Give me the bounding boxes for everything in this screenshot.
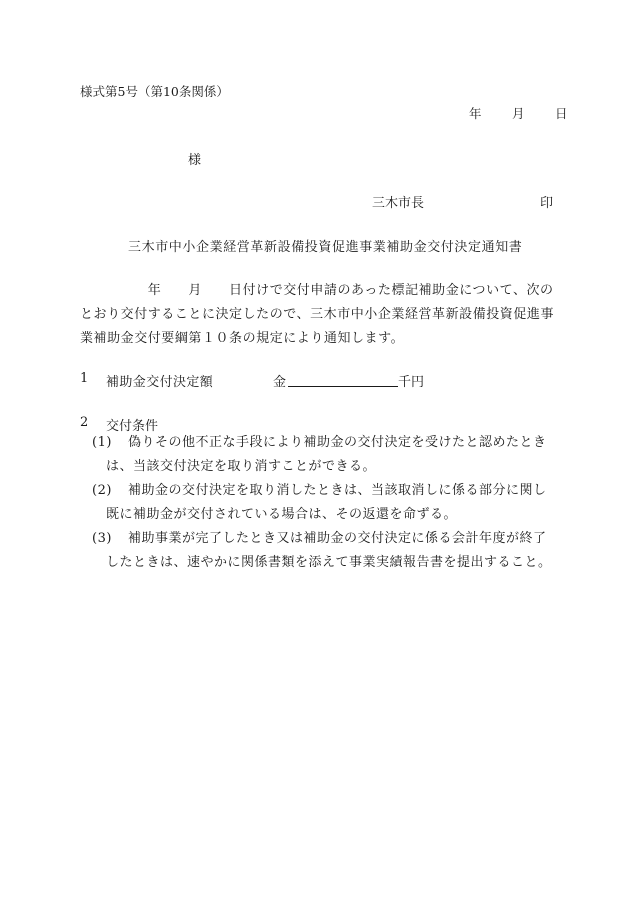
item-number: 2 — [80, 415, 88, 430]
amount-prefix: 金 — [273, 371, 286, 390]
condition-text: 偽りその他不正な手段により補助金の交付決定を受けたと認めたとき — [128, 435, 547, 450]
document-title: 三木市中小企業経営革新設備投資促進事業補助金交付決定通知書 — [128, 236, 522, 255]
date-month-label: 月 — [512, 104, 525, 122]
date-day-label: 日 — [555, 104, 568, 122]
amount-blank-field[interactable] — [288, 386, 398, 387]
addressee-suffix: 様 — [188, 149, 201, 168]
condition-text: は、当該交付決定を取り消すことができる。 — [92, 455, 572, 479]
condition-text: 補助事業が完了したとき又は補助金の交付決定に係る会計年度が終了 — [128, 531, 547, 546]
form-number: 様式第5号（第10条関係） — [80, 82, 229, 100]
issuer-name: 三木市長 — [372, 192, 424, 211]
condition-text: したときは、速やかに関係書類を添えて事業実績報告書を提出すること。 — [92, 551, 572, 575]
condition-2: (2)補助金の交付決定を取り消したときは、当該取消しに係る部分に関し 既に補助金… — [92, 479, 572, 527]
item-label: 補助金交付決定額 — [106, 371, 213, 390]
seal-mark: 印 — [540, 192, 553, 211]
condition-number: (2) — [92, 479, 128, 503]
condition-3: (3)補助事業が完了したとき又は補助金の交付決定に係る会計年度が終了 したときは… — [92, 527, 572, 575]
body-paragraph: 年 月 日付けで交付申請のあった標記補助金について、次の とおり交付することに決… — [80, 279, 572, 351]
date-year-label: 年 — [469, 104, 482, 122]
body-line: 業補助金交付要綱第１０条の規定により通知します。 — [80, 327, 572, 351]
condition-text: 既に補助金が交付されている場合は、その返還を命ずる。 — [92, 503, 572, 527]
condition-number: (3) — [92, 527, 128, 551]
condition-number: (1) — [92, 431, 128, 455]
condition-1: (1)偽りその他不正な手段により補助金の交付決定を受けたと認めたとき は、当該交… — [92, 431, 572, 479]
body-line: とおり交付することに決定したので、三木市中小企業経営革新設備投資促進事 — [80, 303, 572, 327]
condition-text: 補助金の交付決定を取り消したときは、当該取消しに係る部分に関し — [128, 483, 547, 498]
amount-unit: 千円 — [398, 371, 424, 390]
item-number: 1 — [80, 371, 88, 386]
body-line: 年 月 日付けで交付申請のあった標記補助金について、次の — [80, 279, 572, 303]
